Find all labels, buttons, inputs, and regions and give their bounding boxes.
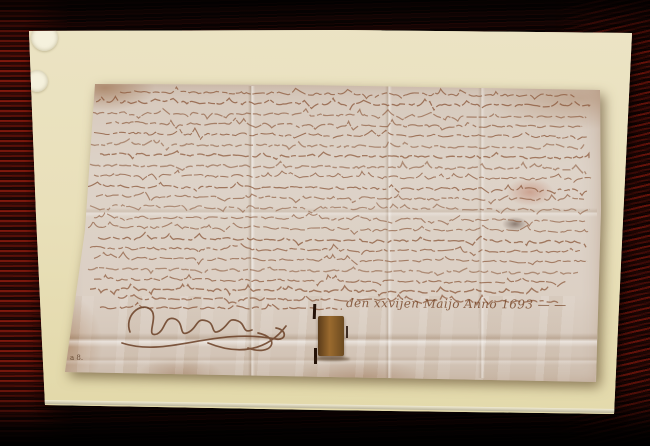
seal-slit bbox=[346, 326, 348, 338]
seal-smudge bbox=[314, 357, 350, 361]
mat-edge-highlight bbox=[44, 400, 616, 413]
seal-remnant bbox=[318, 316, 344, 356]
photograph: den xxvijen Maijo Anno 1693 — — a 8. bbox=[0, 0, 650, 446]
paper-hinge-circle bbox=[26, 70, 48, 92]
manuscript-wrapper: den xxvijen Maijo Anno 1693 — — a 8. bbox=[60, 80, 605, 388]
seal-slit bbox=[314, 348, 317, 364]
corner-annotation: a 8. bbox=[70, 354, 83, 362]
paper-hinge-circle bbox=[31, 24, 58, 51]
manuscript-document: den xxvijen Maijo Anno 1693 — — a 8. bbox=[60, 80, 605, 388]
date-line: den xxvijen Maijo Anno 1693 — — bbox=[346, 296, 601, 312]
seal-slit bbox=[313, 304, 317, 319]
